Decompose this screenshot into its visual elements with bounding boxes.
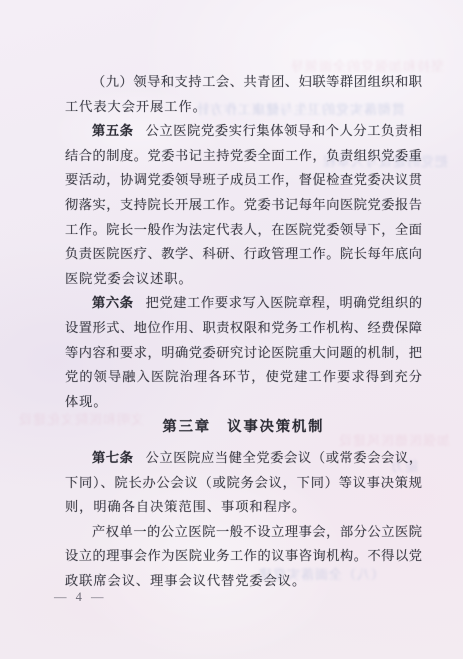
text-line: 党的领导融入医院治理各环节，使党建工作要求得到充分 [65, 365, 422, 390]
text-line: （九）领导和支持工会、共青团、妇联等群团组织和职 [65, 70, 422, 95]
scanned-document-page: 贯彻落实党的卫生与健康工作方针 坚持和加强党的全面领导 把党的建设写入章程 文明… [0, 0, 463, 659]
text-line: 彻落实，支持院长开展工作。党委书记每年向医院党委报告 [65, 193, 422, 218]
text-line: 产权单一的公立医院一般不设立理事会，部分公立医院 [65, 520, 422, 545]
text-line: 工代表大会开展工作。 [65, 95, 422, 120]
text-line: 负责医院医疗、教学、科研、行政管理工作。院长每年底向 [65, 242, 422, 267]
text-line: 政联席会议、理事会议代替党委会议。 [65, 569, 422, 594]
text-line: 第五条公立医院党委实行集体领导和个人分工负责相 [65, 119, 422, 144]
article-number: 第七条 [92, 450, 134, 465]
text-line: 结合的制度。党委书记主持党委全面工作，负责组织党委重 [65, 144, 422, 169]
text-line: 要活动，协调党委领导班子成员工作，督促检查党委决议贯 [65, 168, 422, 193]
text-line: 第六条把党建工作要求写入医院章程，明确党组织的 [65, 291, 422, 316]
text-line: 工作。院长一般作为法定代表人，在医院党委领导下，全面 [65, 218, 422, 243]
text-line: 则，明确各自决策范围、事项和程序。 [65, 495, 422, 520]
line-text: 公立医院应当健全党委会议（或常委会会议， [146, 450, 422, 465]
text-line: 下同）、院长办公会议（或院务会议，下同）等议事决策规 [65, 471, 422, 496]
line-text: 把党建工作要求写入医院章程，明确党组织的 [146, 295, 422, 310]
page-number: — 4 — [54, 590, 107, 605]
text-line: 设立的理事会作为医院业务工作的议事咨询机构。不得以党 [65, 544, 422, 569]
chapter-heading: 第三章 议事决策机制 [65, 415, 422, 440]
text-line: 设置形式、地位作用、职责权限和党务工作机构、经费保障 [65, 316, 422, 341]
text-line: 第七条公立医院应当健全党委会议（或常委会会议， [65, 446, 422, 471]
article-number: 第五条 [92, 123, 134, 138]
text-line: 体现。 [65, 390, 422, 415]
text-line: 医院党委会议述职。 [65, 267, 422, 292]
article-number: 第六条 [92, 295, 134, 310]
document-text-block: （九）领导和支持工会、共青团、妇联等群团组织和职 工代表大会开展工作。 第五条公… [65, 70, 422, 593]
line-text: 公立医院党委实行集体领导和个人分工负责相 [146, 123, 422, 138]
text-line: 等内容和要求，明确党委研究讨论医院重大问题的机制，把 [65, 341, 422, 366]
